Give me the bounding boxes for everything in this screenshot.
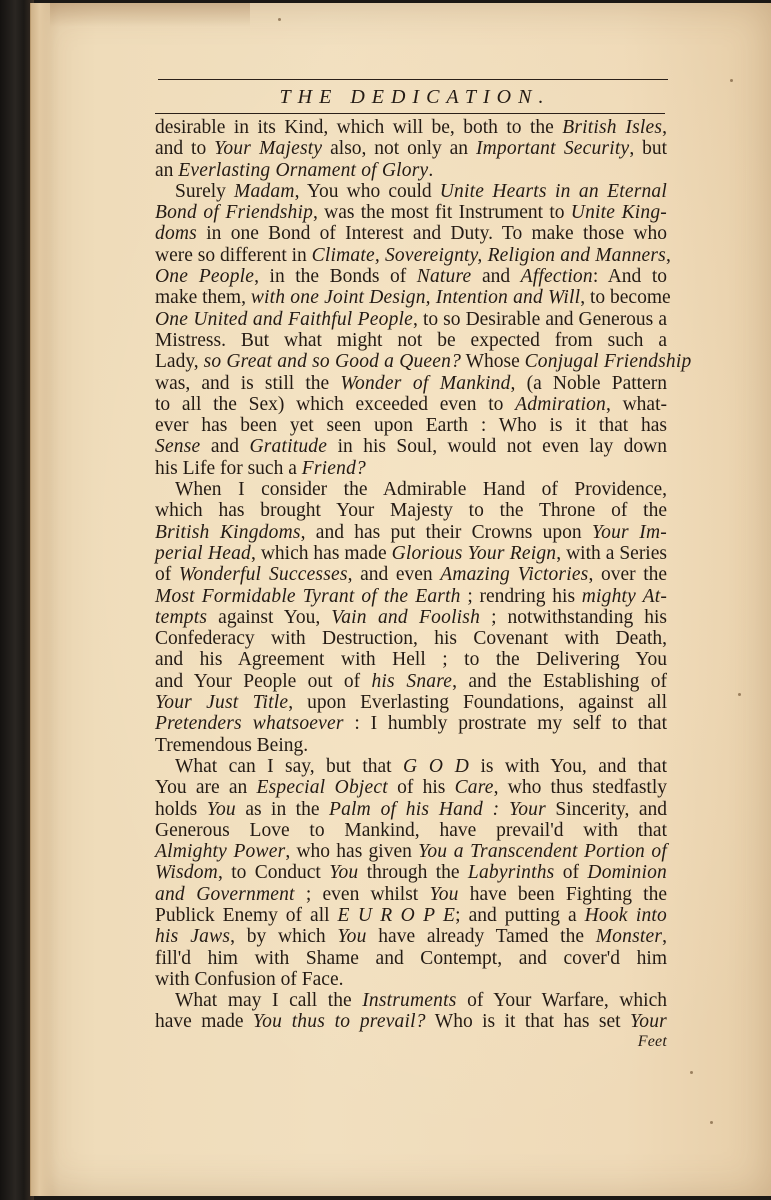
roman-run: to all the Sex) which exceeded even to	[155, 394, 515, 415]
roman-run: have been Fighting the	[459, 884, 667, 905]
italic-run: with one Joint Design, Intention and Wil…	[251, 287, 580, 308]
italic-run: Friend?	[302, 458, 366, 479]
text-line: One People, in the Bonds of Nature and A…	[155, 266, 667, 287]
text-line: Mistress. But what might not be expected…	[155, 330, 667, 351]
roman-run: against You,	[207, 607, 331, 628]
text-line: When I consider the Admirable Hand of Pr…	[155, 479, 667, 500]
text-line: You are an Especial Object of his Care, …	[155, 777, 667, 798]
roman-run: : And to	[593, 266, 667, 287]
italic-run: Amazing Victories	[440, 564, 588, 585]
roman-run: ever has been yet seen upon Earth : Who …	[155, 415, 667, 436]
roman-run: Confederacy with Destruction, his Covena…	[155, 628, 667, 649]
italic-run: so Great and so Good a Queen?	[204, 351, 461, 372]
italic-run: Especial Object	[257, 777, 388, 798]
roman-run: and Your People out of	[155, 671, 371, 692]
italic-run: Instruments	[362, 990, 456, 1011]
italic-run: perial Head	[155, 543, 251, 564]
text-line: Lady, so Great and so Good a Queen? Whos…	[155, 351, 667, 372]
italic-run: Hook into	[585, 905, 667, 926]
italic-run: Glorious Your Reign	[392, 543, 557, 564]
roman-run: through the	[358, 862, 468, 883]
roman-run: When I consider the Admirable Hand of Pr…	[175, 479, 667, 500]
italic-run: Madam	[234, 181, 295, 202]
roman-run: make them,	[155, 287, 251, 308]
text-line: Pretenders whatsoever : I humbly prostra…	[155, 713, 667, 734]
text-line: of Wonderful Successes, and even Amazing…	[155, 564, 667, 585]
roman-run: , to Conduct	[218, 862, 329, 883]
body-text: desirable in its Kind, which will be, bo…	[155, 117, 667, 1033]
roman-run: is with You, and that	[469, 756, 667, 777]
text-line: Confederacy with Destruction, his Covena…	[155, 628, 667, 649]
roman-run: of his	[388, 777, 455, 798]
page-content: THE DEDICATION. desirable in its Kind, w…	[155, 79, 667, 1054]
italic-run: You	[429, 884, 458, 905]
text-line: doms in one Bond of Interest and Duty. T…	[155, 223, 667, 244]
text-line: One United and Faithful People, to so De…	[155, 309, 667, 330]
roman-run: of Your Warfare, which	[457, 990, 667, 1011]
text-line: Your Just Title, upon Everlasting Founda…	[155, 692, 667, 713]
roman-run: , what-	[606, 394, 667, 415]
text-line: Publick Enemy of all E U R O P E; and pu…	[155, 905, 667, 926]
text-line: an Everlasting Ornament of Glory.	[155, 160, 667, 181]
paper-speck	[730, 79, 733, 82]
roman-run: with Confusion of Face.	[155, 969, 343, 990]
roman-run: ,	[666, 245, 671, 266]
text-line: Wisdom, to Conduct You through the Labyr…	[155, 862, 667, 883]
italic-run: Vain and Foolish	[331, 607, 480, 628]
roman-run: have already Tamed the	[367, 926, 596, 947]
paper-speck	[738, 693, 741, 696]
italic-run: Dominion	[587, 862, 667, 883]
text-line: desirable in its Kind, which will be, bo…	[155, 117, 667, 138]
italic-run: Admiration	[515, 394, 606, 415]
italic-run: Monster	[596, 926, 662, 947]
roman-run: Generous Love to Mankind, have prevail'd…	[155, 820, 667, 841]
roman-run: Mistress. But what might not be expected…	[155, 330, 667, 351]
text-line: British Kingdoms, and has put their Crow…	[155, 522, 667, 543]
running-head: THE DEDICATION.	[163, 80, 667, 113]
roman-run: , upon Everlasting Foundations, against …	[288, 692, 667, 713]
paper-speck	[710, 1121, 713, 1124]
roman-run: his Life for such a	[155, 458, 302, 479]
italic-run: Everlasting Ornament of Glory	[178, 160, 428, 181]
italic-run: his Snare	[371, 671, 452, 692]
roman-run: , to so Desirable and Generous a	[413, 309, 667, 330]
roman-run: holds	[155, 799, 207, 820]
italic-run: Pretenders whatsoever	[155, 713, 344, 734]
roman-run: and	[471, 266, 520, 287]
roman-run: ; and putting a	[455, 905, 584, 926]
text-line: Generous Love to Mankind, have prevail'd…	[155, 820, 667, 841]
italic-run: mighty At-	[582, 586, 667, 607]
italic-run: Labyrinths	[468, 862, 555, 883]
italic-run: Sense	[155, 436, 200, 457]
roman-run: What may I call the	[175, 990, 362, 1011]
italic-run: Unite Hearts in an Eternal	[440, 181, 667, 202]
roman-run: , which has made	[251, 543, 392, 564]
roman-run: in his Soul, would not even lay down	[327, 436, 667, 457]
roman-run: Publick Enemy of all	[155, 905, 338, 926]
italic-run: Climate, Sovereignty, Religion and Manne…	[312, 245, 666, 266]
text-line: and Your People out of his Snare, and th…	[155, 671, 667, 692]
roman-run: Who is it that has set	[426, 1011, 630, 1032]
paper-speck	[690, 1071, 693, 1074]
roman-run: Tremendous Being.	[155, 735, 308, 756]
text-line: Surely Madam, You who could Unite Hearts…	[155, 181, 667, 202]
roman-run: an	[155, 160, 178, 181]
italic-run: Palm of his Hand : Your	[329, 799, 546, 820]
italic-run: doms	[155, 223, 197, 244]
roman-run: , was the most fit Instrument to	[313, 202, 571, 223]
italic-run: Wisdom	[155, 862, 218, 883]
text-line: make them, with one Joint Design, Intent…	[155, 287, 667, 308]
roman-run: , and has put their Crowns upon	[301, 522, 592, 543]
text-line: have made You thus to prevail? Who is it…	[155, 1011, 667, 1032]
roman-run: of	[554, 862, 587, 883]
roman-run: , to become	[580, 287, 670, 308]
italic-run: You	[207, 799, 236, 820]
roman-run: ,	[662, 926, 667, 947]
roman-run: Whose	[461, 351, 525, 372]
italic-run: Your Just Title	[155, 692, 288, 713]
italic-run: his Jaws	[155, 926, 230, 947]
roman-run: have made	[155, 1011, 253, 1032]
text-line: and Government ; even whilst You have be…	[155, 884, 667, 905]
roman-run: , and even	[348, 564, 441, 585]
italic-run: Affection	[521, 266, 593, 287]
roman-run: What can I say, but that	[175, 756, 403, 777]
roman-run: which has brought Your Majesty to the Th…	[155, 500, 667, 521]
header-rule-bottom	[155, 113, 665, 114]
italic-run: Your Majesty	[214, 138, 322, 159]
roman-run: ,	[662, 117, 667, 138]
roman-run: , over the	[588, 564, 667, 585]
text-line: which has brought Your Majesty to the Th…	[155, 500, 667, 521]
italic-run: You thus to prevail?	[253, 1011, 426, 1032]
text-line: to all the Sex) which exceeded even to A…	[155, 394, 667, 415]
italic-run: Important Security	[476, 138, 629, 159]
catchword: Feet	[638, 1033, 667, 1050]
roman-run: fill'd him with Shame and Contempt, and …	[155, 948, 667, 969]
roman-run: , by which	[230, 926, 337, 947]
text-line: and to Your Majesty also, not only an Im…	[155, 138, 667, 159]
roman-run: in one Bond of Interest and Duty. To mak…	[197, 223, 667, 244]
italic-run: Care	[455, 777, 494, 798]
paper-speck	[278, 18, 281, 21]
roman-run: desirable in its Kind, which will be, bo…	[155, 117, 562, 138]
roman-run: ; even whilst	[295, 884, 430, 905]
text-line: What can I say, but that G O D is with Y…	[155, 756, 667, 777]
roman-run: , with a Series	[556, 543, 667, 564]
roman-run: ; notwithstanding his	[480, 607, 667, 628]
italic-run: You	[329, 862, 358, 883]
italic-run: Unite King-	[571, 202, 667, 223]
roman-run: and to	[155, 138, 214, 159]
text-line: Sense and Gratitude in his Soul, would n…	[155, 436, 667, 457]
roman-run: as in the	[236, 799, 329, 820]
text-line: Tremendous Being.	[155, 735, 667, 756]
italic-run: Conjugal Friendship	[525, 351, 692, 372]
text-line: and his Agreement with Hell ; to the Del…	[155, 649, 667, 670]
text-line: perial Head, which has made Glorious You…	[155, 543, 667, 564]
text-line: his Life for such a Friend?	[155, 458, 667, 479]
roman-run: , who has given	[285, 841, 418, 862]
italic-run: E U R O P E	[338, 905, 456, 926]
roman-run: , who thus stedfastly	[494, 777, 667, 798]
italic-run: Nature	[417, 266, 472, 287]
italic-run: Your	[630, 1011, 667, 1032]
roman-run: of	[155, 564, 179, 585]
italic-run: G O D	[403, 756, 469, 777]
page-gutter-edge	[30, 3, 53, 1196]
roman-run: Lady,	[155, 351, 204, 372]
text-line: What may I call the Instruments of Your …	[155, 990, 667, 1011]
roman-run: , and the Establishing of	[452, 671, 667, 692]
book-binding	[0, 0, 34, 1200]
italic-run: One United and Faithful People	[155, 309, 413, 330]
italic-run: Most Formidable Tyrant of the Earth	[155, 586, 461, 607]
italic-run: Your Im-	[592, 522, 667, 543]
text-line: fill'd him with Shame and Contempt, and …	[155, 948, 667, 969]
italic-run: One People	[155, 266, 254, 287]
italic-run: tempts	[155, 607, 207, 628]
italic-run: Almighty Power	[155, 841, 285, 862]
text-line: were so different in Climate, Sovereignt…	[155, 245, 667, 266]
text-line: with Confusion of Face.	[155, 969, 667, 990]
italic-run: British Isles	[562, 117, 662, 138]
roman-run: was, and is still the	[155, 373, 340, 394]
catchword-line: Feet	[155, 1033, 667, 1054]
text-line: ever has been yet seen upon Earth : Who …	[155, 415, 667, 436]
text-line: tempts against You, Vain and Foolish ; n…	[155, 607, 667, 628]
roman-run: were so different in	[155, 245, 312, 266]
roman-run: You are an	[155, 777, 257, 798]
roman-run: Sincerity, and	[546, 799, 667, 820]
italic-run: British Kingdoms	[155, 522, 301, 543]
roman-run: , but	[629, 138, 667, 159]
roman-run: also, not only an	[322, 138, 476, 159]
roman-run: , in the Bonds of	[254, 266, 417, 287]
paper-stain	[50, 3, 250, 27]
text-line: holds You as in the Palm of his Hand : Y…	[155, 799, 667, 820]
text-line: Most Formidable Tyrant of the Earth ; re…	[155, 586, 667, 607]
italic-run: You	[337, 926, 366, 947]
italic-run: Wonder of Mankind	[340, 373, 510, 394]
roman-run: and	[200, 436, 249, 457]
italic-run: Bond of Friendship	[155, 202, 313, 223]
text-line: was, and is still the Wonder of Mankind,…	[155, 373, 667, 394]
roman-run: and his Agreement with Hell ; to the Del…	[155, 649, 667, 670]
italic-run: You a Transcendent Portion of	[418, 841, 667, 862]
italic-run: Wonderful Successes	[179, 564, 348, 585]
italic-run: Gratitude	[249, 436, 327, 457]
text-line: his Jaws, by which You have already Tame…	[155, 926, 667, 947]
italic-run: and Government	[155, 884, 295, 905]
roman-run: ; rendring his	[461, 586, 582, 607]
text-line: Bond of Friendship, was the most fit Ins…	[155, 202, 667, 223]
roman-run: , You who could	[295, 181, 440, 202]
text-line: Almighty Power, who has given You a Tran…	[155, 841, 667, 862]
roman-run: , (a Noble Pattern	[511, 373, 667, 394]
scanned-page-image: THE DEDICATION. desirable in its Kind, w…	[0, 0, 771, 1200]
roman-run: Surely	[175, 181, 234, 202]
roman-run: : I humbly prostrate my self to that	[344, 713, 667, 734]
roman-run: .	[428, 160, 433, 181]
